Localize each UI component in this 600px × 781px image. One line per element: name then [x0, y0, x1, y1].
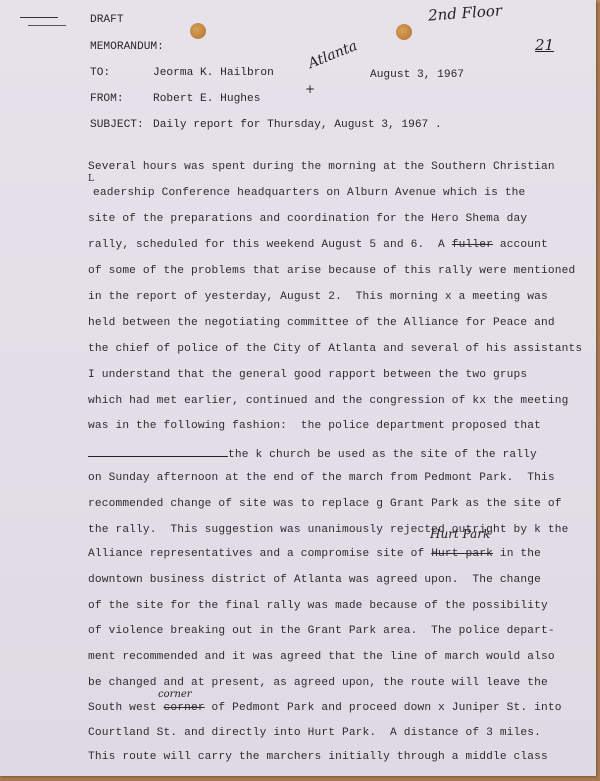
body-line: of violence breaking out in the Grant Pa… — [88, 625, 555, 637]
struck-word: corner — [164, 702, 205, 714]
body-line: held between the negotiating committee o… — [88, 317, 555, 329]
body-line: This route will carry the marchers initi… — [88, 751, 548, 763]
memo-page: DRAFT MEMORANDUM: TO: Jeorma K. Hailbron… — [0, 0, 596, 776]
body-line: which had met earlier, continued and the… — [88, 395, 568, 407]
body-line: Alliance representatives and a compromis… — [88, 548, 541, 560]
handwritten-page-number: 21 — [535, 36, 554, 54]
body-line: the chief of police of the City of Atlan… — [88, 343, 582, 355]
handwritten-atlanta-note: Atlanta — [306, 38, 360, 72]
handwritten-hurt-park: Hurt Park — [430, 527, 490, 541]
subject-label: SUBJECT: — [90, 119, 144, 131]
to-value: Jeorma K. Hailbron — [153, 67, 274, 79]
handwritten-L: L — [88, 174, 94, 184]
memo-date: August 3, 1967 — [370, 69, 464, 81]
margin-mark — [28, 25, 66, 26]
body-line: ment recommended and it was agreed that … — [88, 651, 555, 663]
struck-word: Hurt park — [431, 548, 493, 560]
blank-underline — [88, 446, 228, 457]
handwritten-corner: corner — [158, 689, 192, 700]
from-value: Robert E. Hughes — [153, 93, 260, 105]
handwritten-floor-note: 2nd Floor — [427, 1, 502, 24]
body-line: eadership Conference headquarters on Alb… — [93, 187, 525, 199]
to-label: TO: — [90, 67, 110, 79]
body-line: downtown business district of Atlanta wa… — [88, 574, 541, 586]
draft-label: DRAFT — [90, 14, 124, 26]
margin-mark — [20, 17, 58, 18]
punch-hole — [190, 23, 206, 39]
subject-value: Daily report for Thursday, August 3, 196… — [153, 119, 442, 131]
body-line: was in the following fashion: the police… — [88, 420, 541, 432]
body-line: on Sunday afternoon at the end of the ma… — [88, 472, 555, 484]
body-line: the rally. This suggestion was unanimous… — [88, 524, 568, 536]
body-line: rally, scheduled for this weekend August… — [88, 239, 548, 251]
body-line: recommended change of site was to replac… — [88, 498, 562, 510]
handwritten-fraction-mark: + — [305, 82, 315, 96]
punch-hole — [396, 24, 412, 40]
body-line: Courtland St. and directly into Hurt Par… — [88, 727, 541, 739]
body-line: Several hours was spent during the morni… — [88, 161, 555, 173]
body-line: site of the preparations and coordinatio… — [88, 213, 527, 225]
body-line: in the report of yesterday, August 2. Th… — [88, 291, 548, 303]
body-line: of some of the problems that arise becau… — [88, 265, 575, 277]
from-label: FROM: — [90, 93, 124, 105]
body-line: the k church be used as the site of the … — [88, 446, 537, 461]
body-line: South west corner of Pedmont Park and pr… — [88, 702, 562, 714]
body-line: I understand that the general good rappo… — [88, 369, 527, 381]
memo-label: MEMORANDUM: — [90, 41, 164, 53]
body-line: be changed and at present, as agreed upo… — [88, 677, 548, 689]
body-line: of the site for the final rally was made… — [88, 600, 548, 612]
struck-word: fuller — [452, 239, 493, 251]
